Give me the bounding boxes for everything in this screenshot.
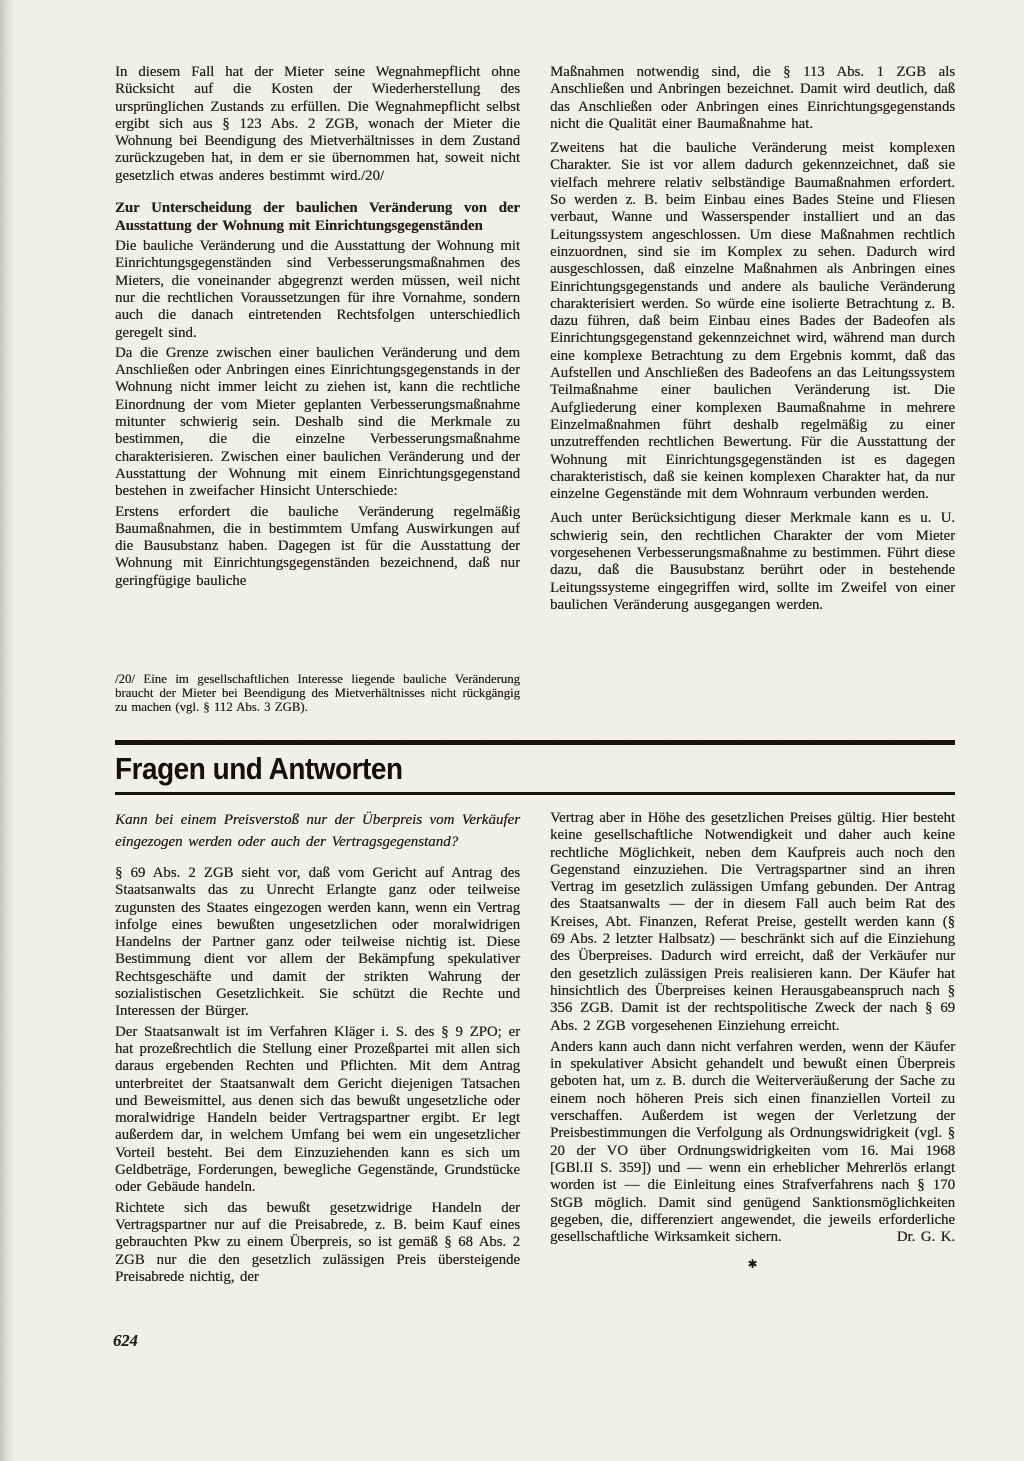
author-initials: Dr. G. K. xyxy=(897,1229,955,1246)
article-paragraph: Erstens erfordert die bauliche Veränderu… xyxy=(115,504,520,590)
page-number: 624 xyxy=(113,1331,138,1351)
page-content: In diesem Fall hat der Mieter seine Wegn… xyxy=(115,64,955,1289)
qa-section: Kann bei einem Preisverstoß nur der Über… xyxy=(115,810,955,1289)
article-subheading: Zur Unterscheidung der baulichen Verände… xyxy=(115,200,520,235)
article-paragraph: Die bauliche Veränderung und die Ausstat… xyxy=(115,238,520,342)
section-end-asterisk: ✱ xyxy=(550,1258,955,1270)
article-left-column: In diesem Fall hat der Mieter seine Wegn… xyxy=(115,64,520,740)
qa-paragraph: § 69 Abs. 2 ZGB sieht vor, daß vom Geric… xyxy=(115,865,520,1021)
qa-question: Kann bei einem Preisverstoß nur der Über… xyxy=(115,810,520,853)
scan-edge xyxy=(0,0,14,1461)
article-paragraph: In diesem Fall hat der Mieter seine Wegn… xyxy=(115,64,520,185)
qa-answer-paragraph: Anders kann auch dann nicht verfahren we… xyxy=(550,1039,955,1247)
article-paragraph: Zweitens hat die bauliche Veränderung me… xyxy=(550,140,955,503)
article-paragraph: Maßnahmen notwendig sind, die § 113 Abs.… xyxy=(550,64,955,133)
section-bottom-rule xyxy=(115,792,955,795)
qa-paragraph: Der Staatsanwalt ist im Verfahren Kläger… xyxy=(115,1024,520,1197)
article-paragraph: Auch unter Berücksichtigung dieser Merkm… xyxy=(550,510,955,614)
qa-right-column: Vertrag aber in Höhe des gesetzlichen Pr… xyxy=(550,810,955,1289)
qa-paragraph: Vertrag aber in Höhe des gesetzlichen Pr… xyxy=(550,810,955,1035)
footnote-20: /20/ Eine im gesellschaftlichen Interess… xyxy=(115,672,520,714)
qa-paragraph-text: Anders kann auch dann nicht verfahren we… xyxy=(550,1039,955,1245)
article-paragraph: Da die Grenze zwischen einer baulichen V… xyxy=(115,345,520,501)
qa-left-column: Kann bei einem Preisverstoß nur der Über… xyxy=(115,810,520,1289)
section-top-rule xyxy=(115,740,955,745)
article-right-column: Maßnahmen notwendig sind, die § 113 Abs.… xyxy=(550,64,955,740)
section-title: Fragen und Antworten xyxy=(115,753,871,785)
article-section: In diesem Fall hat der Mieter seine Wegn… xyxy=(115,64,955,740)
qa-paragraph: Richtete sich das bewußt gesetzwidrige H… xyxy=(115,1200,520,1286)
journal-page: In diesem Fall hat der Mieter seine Wegn… xyxy=(0,0,1024,1461)
